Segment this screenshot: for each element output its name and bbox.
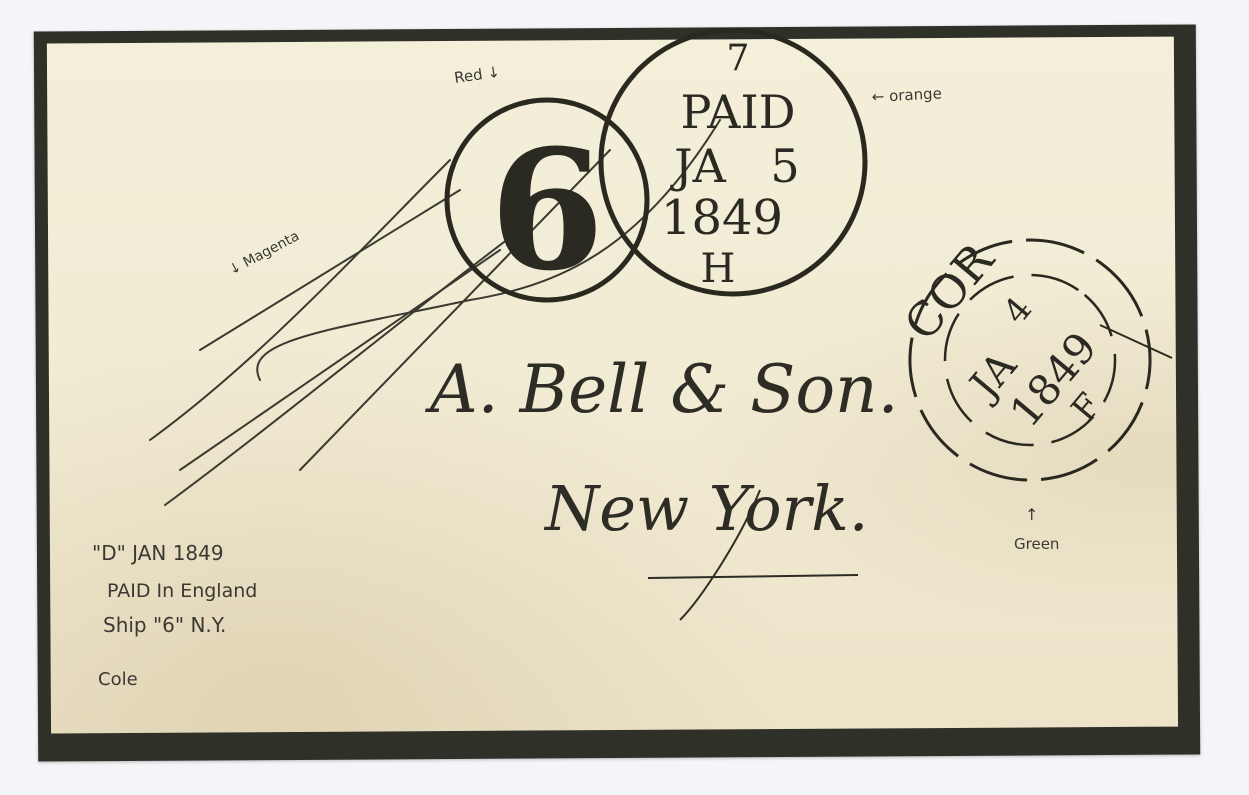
cork-datestamp: COR JA 4 1849 F [851,183,1199,529]
svg-text:PAID In England: PAID In England [107,580,257,602]
svg-text:5: 5 [770,139,799,193]
svg-text:6: 6 [490,113,605,307]
svg-text:1849: 1849 [661,190,783,246]
pencil-annotation: "D" JAN 1849 PAID In England Ship "6" N.… [92,541,257,690]
svg-text:↓ Magenta: ↓ Magenta [226,228,302,278]
svg-text:4: 4 [996,290,1041,332]
svg-text:Red ↓: Red ↓ [453,63,501,87]
svg-text:← orange: ← orange [871,84,942,106]
svg-text:PAID: PAID [681,85,796,139]
svg-text:↑: ↑ [1025,505,1038,524]
cover-markings: 6 7 PAID JA 5 1849 H COR JA 4 1849 F A. … [0,0,1249,795]
svg-text:Cole: Cole [98,669,138,690]
svg-text:Green: Green [1014,535,1059,553]
rate-handstamp-6: 6 [447,100,647,307]
svg-text:H: H [701,246,736,292]
svg-text:New York.: New York. [543,472,869,545]
svg-text:A. Bell & Son.: A. Bell & Son. [424,351,899,428]
svg-text:Ship "6" N.Y.: Ship "6" N.Y. [103,613,226,637]
svg-text:"D" JAN 1849: "D" JAN 1849 [92,541,224,565]
manuscript-strike-lines [150,120,720,505]
svg-text:COR: COR [894,232,1005,350]
address-block: A. Bell & Son. New York. [424,351,899,620]
svg-text:JA: JA [670,139,726,193]
svg-text:7: 7 [727,38,750,79]
